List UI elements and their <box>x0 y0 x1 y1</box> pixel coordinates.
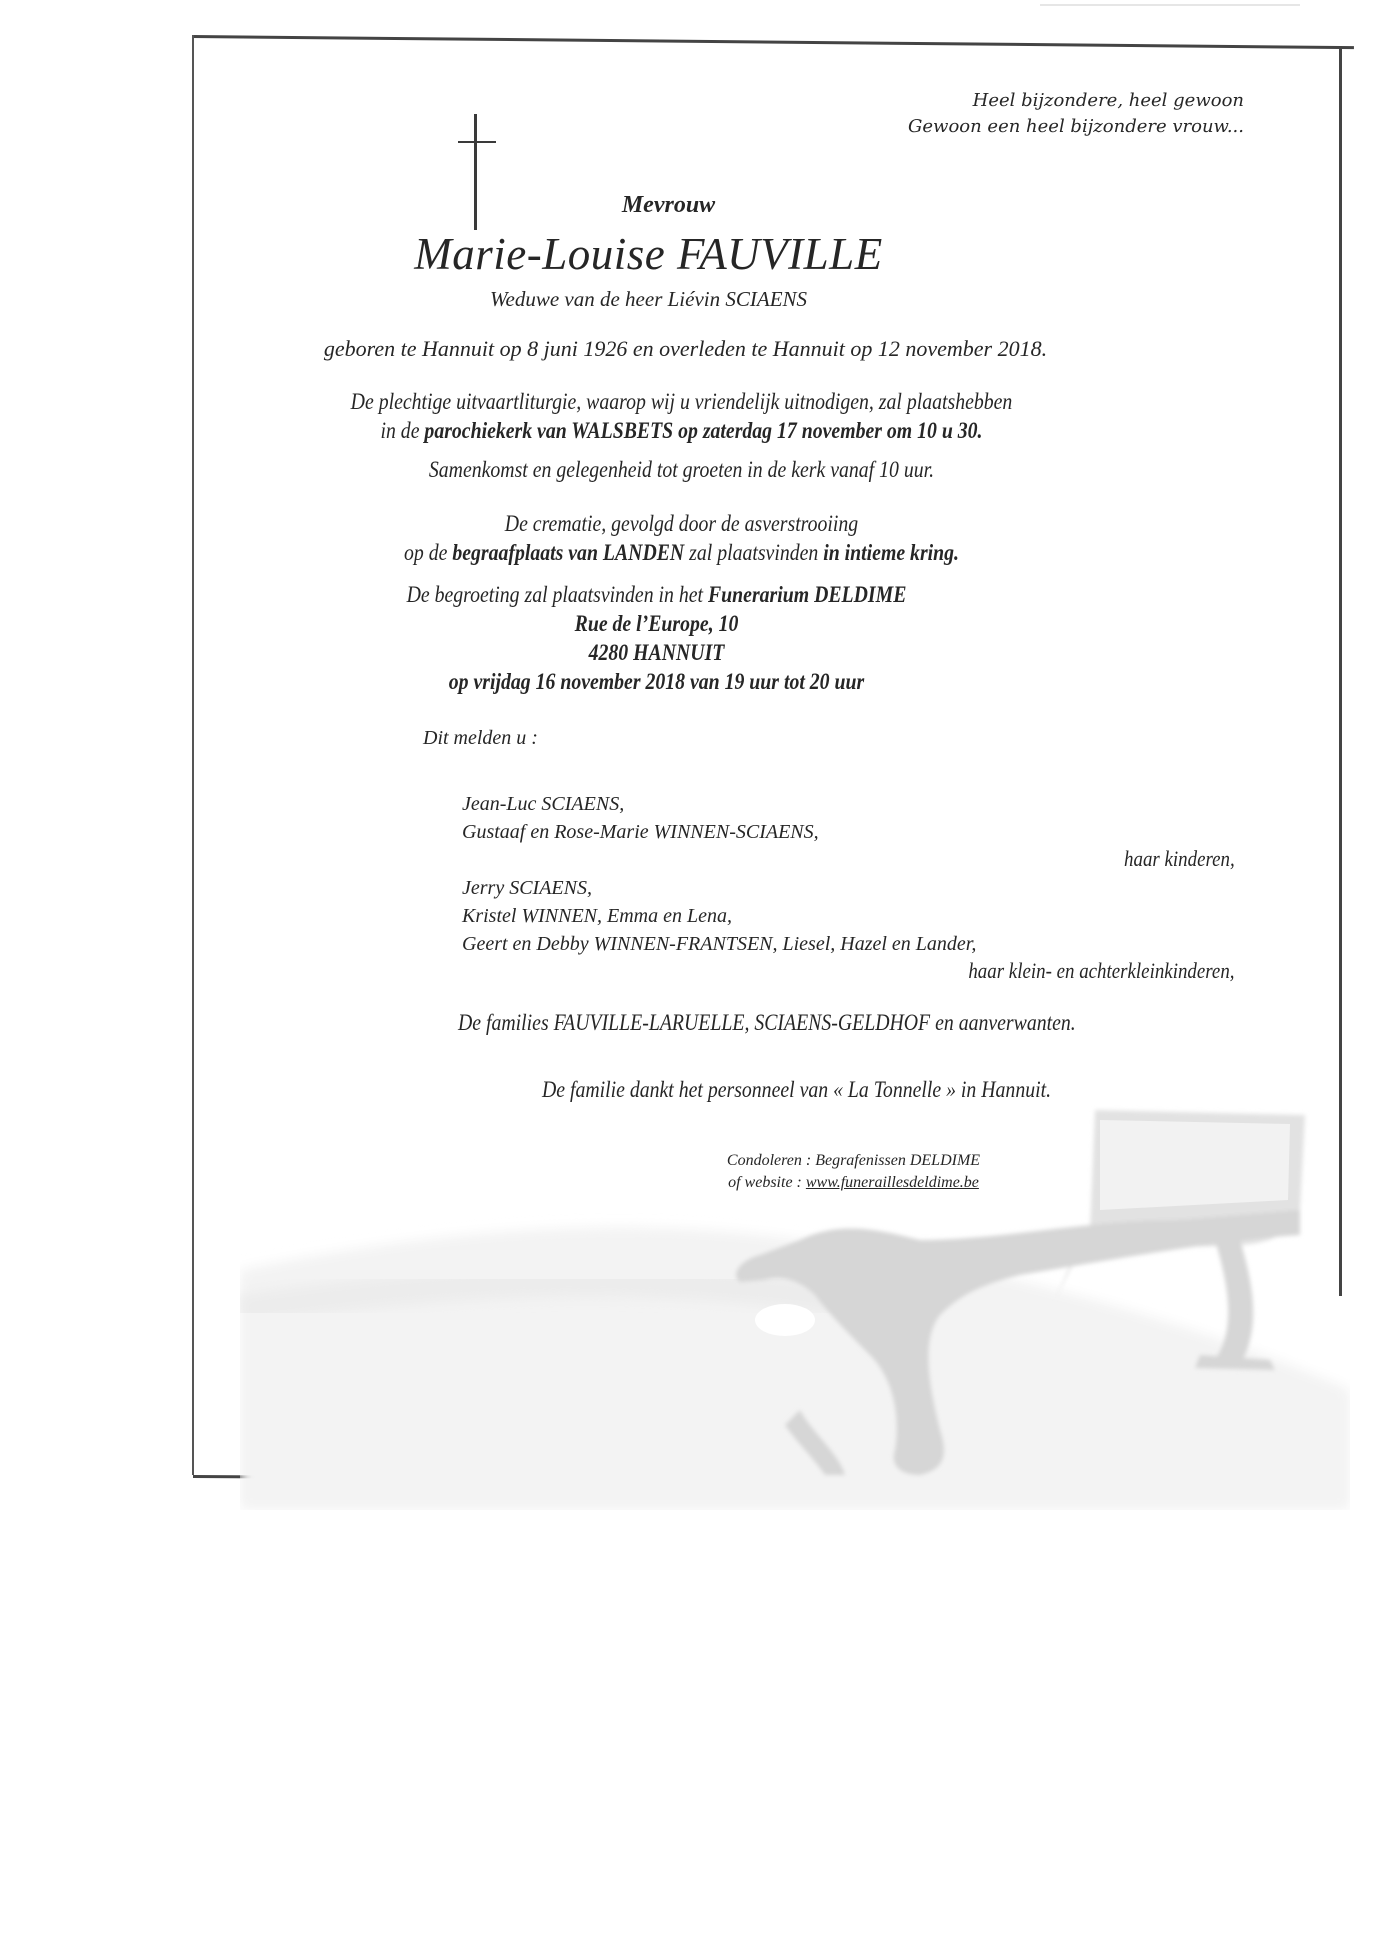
grandchildren-label: haar klein- en achterkleinkinderen, <box>969 958 1235 984</box>
liturgy-line-1: De plechtige uitvaartliturgie, waarop wi… <box>89 387 1273 416</box>
child-1: Jean-Luc SCIAENS, <box>462 790 624 818</box>
cremation-line-2: op de begraafplaats van LANDEN zal plaat… <box>89 538 1273 567</box>
cremation-mid: zal plaatsvinden <box>684 540 823 565</box>
cremation-intimate: in intieme kring. <box>823 540 959 565</box>
liturgy-prefix: in de <box>380 418 424 443</box>
condolences-line-1: Condoleren : Begrafenissen DELDIME <box>165 1150 1377 1172</box>
condolences-prefix: of website : <box>728 1174 806 1191</box>
liturgy-line-2: in de parochiekerk van WALSBETS op zater… <box>89 416 1273 445</box>
grandchild-1: Jerry SCIAENS, <box>462 874 592 902</box>
widow-of: Weduwe van de heer Liévin SCIAENS <box>0 287 1337 312</box>
announcement: Dit melden u : <box>423 727 538 750</box>
visitation-line: De begroeting zal plaatsvinden in het Fu… <box>64 580 1248 609</box>
visitation-prefix: De begroeting zal plaatsvinden in het <box>407 582 708 607</box>
other-families: De families FAUVILLE-LARUELLE, SCIAENS-G… <box>458 1010 1076 1036</box>
border-right <box>1339 46 1342 1296</box>
visitation-time: op vrijdag 16 november 2018 van 19 uur t… <box>64 667 1248 696</box>
visitation-city: 4280 HANNUIT <box>64 638 1248 667</box>
liturgy-location-time: parochiekerk van WALSBETS op zaterdag 17… <box>424 418 982 443</box>
cremation-cemetery: begraafplaats van LANDEN <box>452 540 684 565</box>
liturgy-info: De plechtige uitvaartliturgie, waarop wi… <box>89 387 1273 445</box>
cremation-line-1: De crematie, gevolgd door de asverstrooi… <box>89 509 1273 538</box>
grandchild-2: Kristel WINNEN, Emma en Lena, <box>462 902 732 930</box>
honorific-title: Mevrouw <box>0 192 1357 219</box>
visitation-venue: Funerarium DELDIME <box>708 582 906 607</box>
child-2: Gustaaf en Rose-Marie WINNEN-SCIAENS, <box>462 818 819 846</box>
motto: Heel bijzondere, heel gewoon Gewoon een … <box>644 88 1244 140</box>
scan-artifact <box>1040 4 1300 6</box>
condolences-line-2: of website : www.funeraillesdeldime.be <box>165 1172 1377 1194</box>
deceased-name: Marie-Louise FAUVILLE <box>0 228 1337 280</box>
children-label: haar kinderen, <box>1124 846 1235 872</box>
grandchild-3: Geert en Debby WINNEN-FRANTSEN, Liesel, … <box>462 930 976 958</box>
thanks-note: De familie dankt het personneel van « La… <box>204 1077 1377 1103</box>
condolences: Condoleren : Begrafenissen DELDIME of we… <box>165 1150 1377 1194</box>
website-link[interactable]: www.funeraillesdeldime.be <box>806 1174 979 1191</box>
cremation-prefix: op de <box>404 540 452 565</box>
meeting-info: Samenkomst en gelegenheid tot groeten in… <box>89 455 1273 484</box>
visitation-address: Rue de l’Europe, 10 <box>64 609 1248 638</box>
motto-line-1: Heel bijzondere, heel gewoon <box>644 88 1244 114</box>
cremation-info: De crematie, gevolgd door de asverstrooi… <box>89 509 1273 567</box>
border-top <box>192 35 1354 49</box>
border-bottom <box>193 1475 833 1482</box>
motto-line-2: Gewoon een heel bijzondere vrouw... <box>644 114 1244 140</box>
birth-death-dates: geboren te Hannuit op 8 juni 1926 en ove… <box>0 336 1374 362</box>
